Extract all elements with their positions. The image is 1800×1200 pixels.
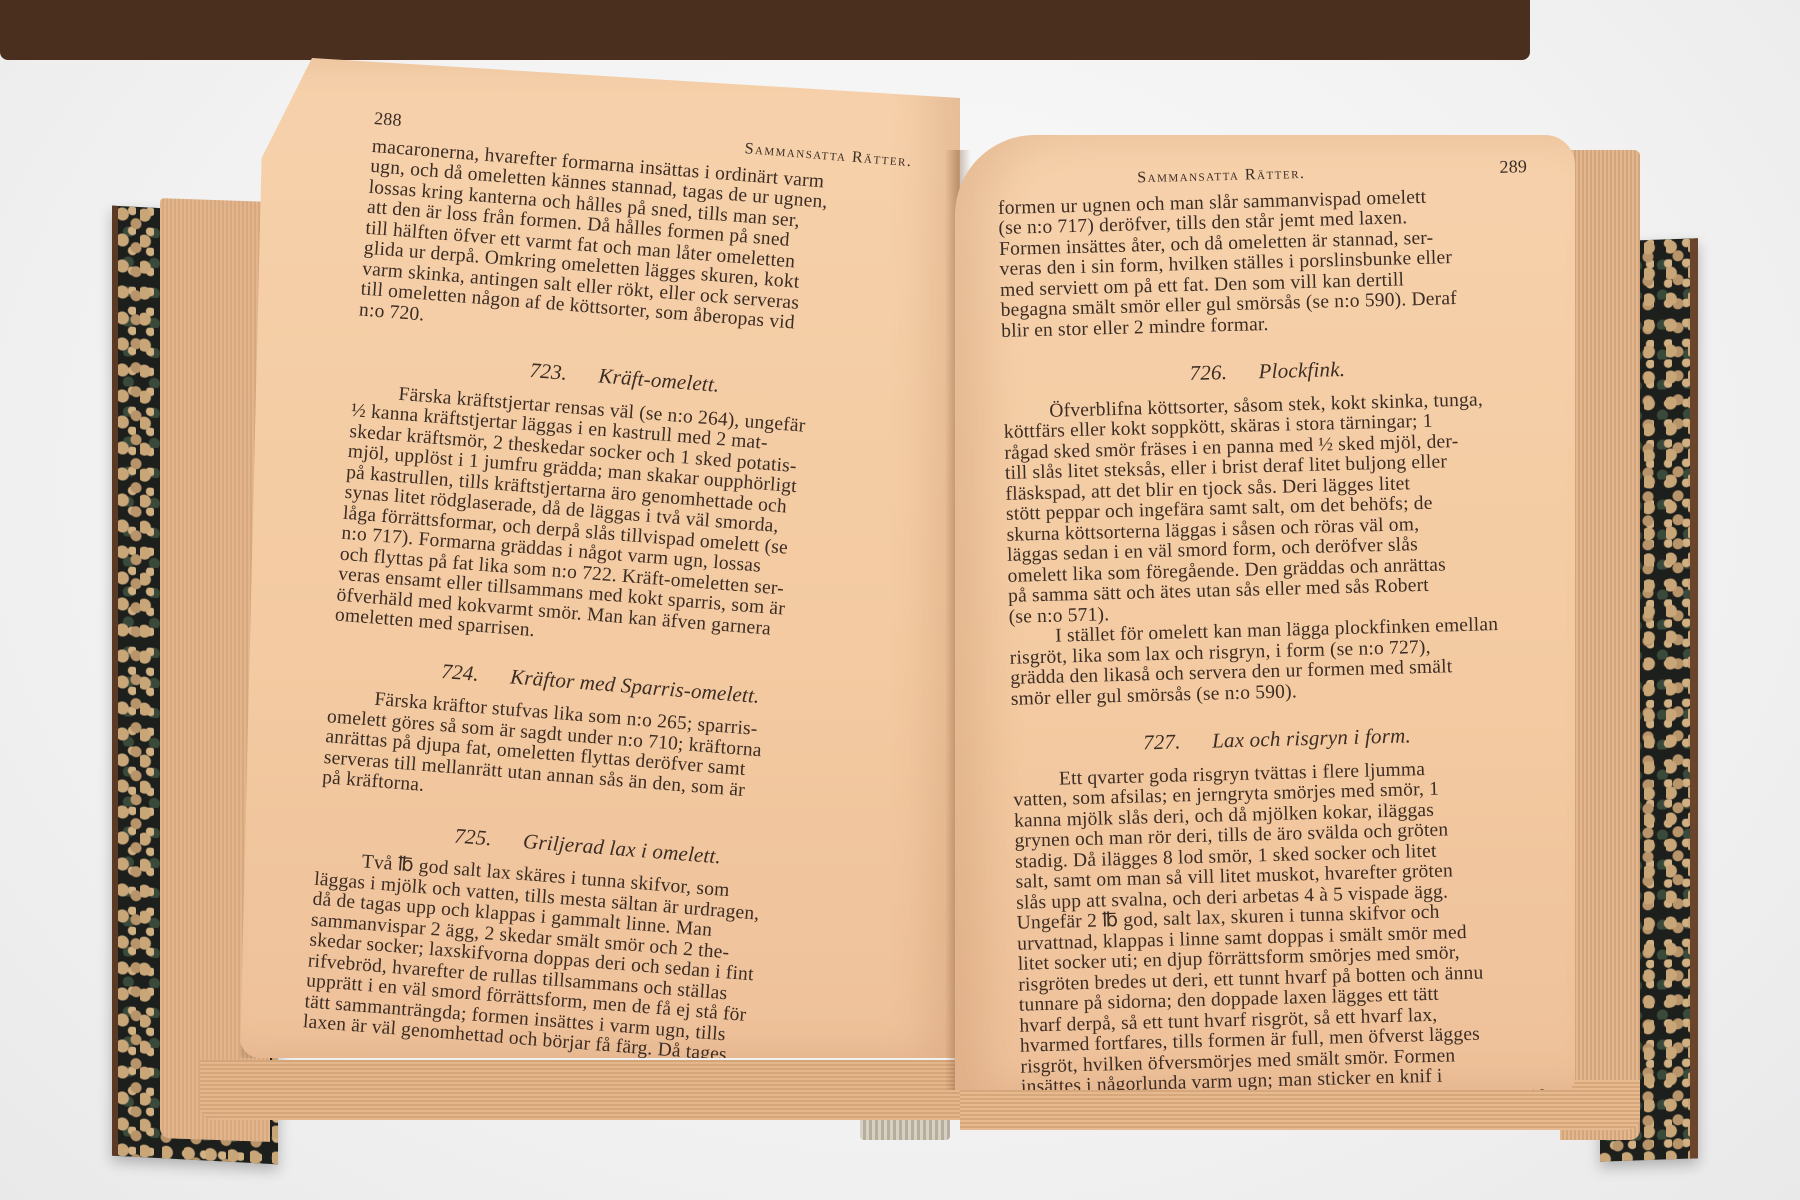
page-edges-bottom-left [200,1060,960,1120]
recipe-heading-726: 726. Plockfink. [1002,354,1532,388]
recipe-number: 726. [1189,360,1227,385]
recipe-number: 723. [529,358,568,385]
continuation-paragraph: macaronerna, hvarefter formarna insättas… [358,136,911,362]
recipe-title: Lax och risgryn i form. [1212,723,1411,752]
recipe-body-725: Två ℔ god salt lax skäres i tunna skifvo… [302,849,855,1058]
running-head-title: Sammansatta Rätter. [1137,164,1306,189]
page-number: 288 [373,108,402,131]
page-number: 289 [1499,156,1527,177]
recipe-number: 725. [454,823,493,850]
recipe-number: 727. [1143,729,1181,754]
left-page: 288 Sammansatta Rätter. macaronerna, hva… [240,58,960,1058]
recipe-body-723: Färska kräftstjertar rensas väl (se n:o … [334,381,892,669]
photo-scene: 288 Sammansatta Rätter. macaronerna, hva… [0,0,1800,1200]
continuation-paragraph: formen ur ugnen och man slår sammanvispa… [998,185,1532,342]
book-spine-bottom [0,0,1530,60]
recipe-heading-727: 727. Lax och risgryn i form. [1012,722,1542,756]
right-page-text: Sammansatta Rätter. 289 formen ur ugnen … [997,156,1552,1090]
recipe-title: Kräftor med Sparris-omelett. [509,664,760,708]
left-page-text: 288 Sammansatta Rätter. macaronerna, hva… [302,108,913,1058]
recipe-body-727: Ett qvarter goda risgryn tvättas i flere… [1013,756,1551,1090]
recipe-title: Plockfink. [1258,357,1345,383]
recipe-title: Kräft-omelett. [598,363,721,396]
recipe-body-726: Öfverblifna köttsorter, såsom stek, kokt… [1003,389,1541,710]
recipe-title: Griljerad lax i omelett. [522,828,722,867]
recipe-number: 724. [441,658,480,685]
right-page: Sammansatta Rätter. 289 formen ur ugnen … [955,135,1575,1090]
